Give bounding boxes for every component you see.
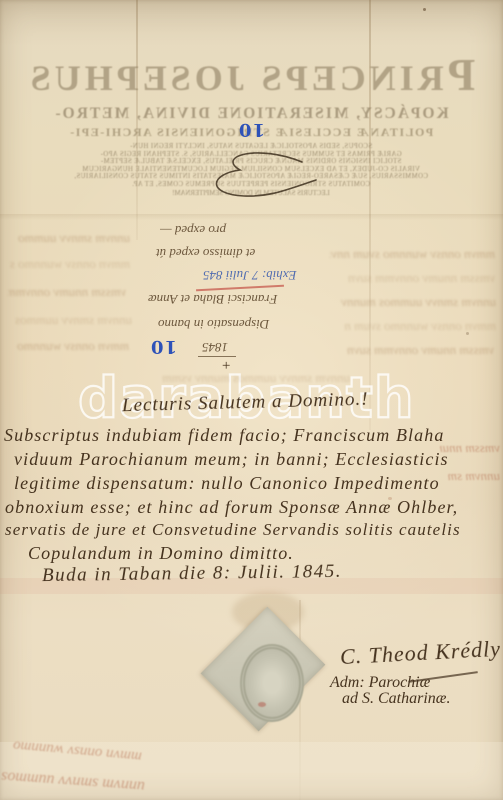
bleedthrough-scrawl: mmvn onnsv wunnmo svum nnvs bbox=[330, 246, 495, 262]
year-underline bbox=[198, 356, 236, 357]
bleedthrough-scrawl: vmssm nnumv onnvmm suvn bbox=[8, 284, 126, 300]
bleedthrough-scrawl-red: unnvm smnvv uummos munnv vsmm bbox=[448, 468, 500, 484]
paper-speck bbox=[466, 332, 469, 335]
body-line-2: viduum Parochianum meum; in banni; Eccle… bbox=[14, 449, 449, 470]
bleedthrough-scrawl: mmvn onnsv wunnmo svum nnvs bbox=[14, 338, 129, 354]
dateline: Buda in Taban die 8: Julii. 1845. bbox=[42, 561, 342, 587]
bleedthrough-scrawl: mmvn onnsv wunnmo svum nnvs bbox=[10, 256, 130, 272]
bleedthrough-scrawl: unnvm smnvv uummos munnv vsmm bbox=[12, 312, 132, 328]
bleedthrough-scrawl: unnvm smnvv uummos munnv vsmm bbox=[150, 370, 350, 386]
filing-note-blue: Exhib: 7 Julii 845 bbox=[203, 267, 297, 283]
seal-red-wax-trace bbox=[258, 702, 266, 707]
filing-note-year: 1845 bbox=[202, 339, 228, 355]
bleedthrough-scrawl: unnvm smnvv uummos munnv vsmm bbox=[18, 230, 130, 246]
signature-title-2: ad S. Catharinæ. bbox=[342, 690, 450, 708]
body-line-5: servatis de jure et Consvetudine Servand… bbox=[5, 520, 461, 540]
signature-name: C. Theod Krédly bbox=[339, 636, 501, 670]
body-line-1: Subscriptus indubiam fidem facio; Franci… bbox=[4, 425, 444, 446]
paper-speck bbox=[388, 497, 392, 500]
bleedthrough-scrawl: unnvm smnvv uummos munnv vsmm bbox=[338, 294, 496, 310]
body-line-3: legitime dispensatum: nullo Canonico Imp… bbox=[14, 473, 440, 494]
bleedthrough-scrawl: vmssm nnumv onnvmm suvn bbox=[345, 270, 495, 286]
filing-note-names: Francisci Blaha et Annæ bbox=[148, 291, 277, 307]
filing-note-dispensatio: Dispensatio in banno bbox=[158, 316, 269, 332]
filing-note-1: pro exped — bbox=[160, 222, 226, 238]
bleedthrough-scrawl-red: vmssm nnumv onnvmm suvn bbox=[440, 440, 500, 456]
revenue-stamp-10-top: 10 bbox=[238, 119, 265, 140]
printed-title: PRINCEPS JOSEPHUS bbox=[15, 52, 487, 99]
document-photo: PRINCEPS JOSEPHUS KOPÁCSY, MISERATIONE D… bbox=[0, 0, 503, 800]
revenue-stamp-10-middle: 10 bbox=[150, 336, 177, 357]
seal-embossed-oval bbox=[240, 644, 304, 722]
body-line-6: Copulandum in Domino dimitto. bbox=[28, 543, 294, 564]
ink-flourish bbox=[198, 150, 320, 214]
body-line-4: obnoxium esse; et hinc ad forum Sponsæ A… bbox=[5, 497, 458, 518]
bleedthrough-scrawl: vmssm nnumv onnvmm suvn bbox=[332, 342, 494, 358]
paper-speck bbox=[423, 8, 426, 11]
bleedthrough-scrawl: mmvn onnsv wunnmo svum nnvs bbox=[344, 318, 496, 334]
filing-note-2: et dimisso exped út bbox=[156, 245, 255, 261]
horizontal-crease bbox=[0, 214, 503, 220]
